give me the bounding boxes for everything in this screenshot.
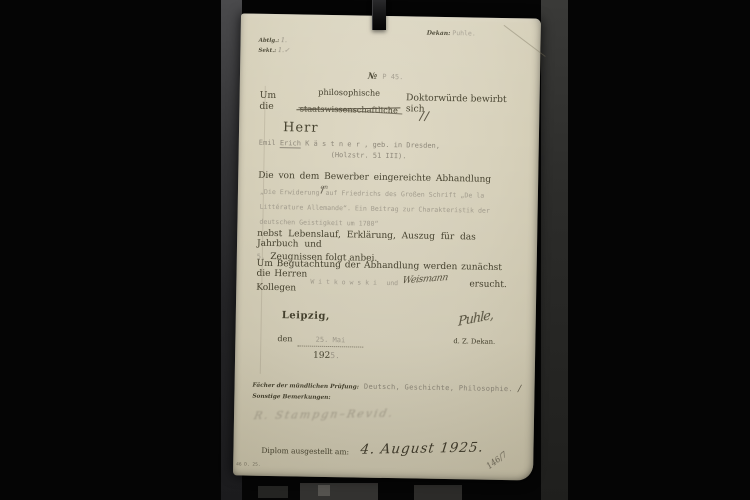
bottom-clamp <box>300 483 378 500</box>
year-typed: 5. <box>330 351 340 360</box>
sekt-label: Sekt.: <box>258 48 276 54</box>
pencil-note-illegible: R. Stampgn–Revid. <box>253 406 466 423</box>
den-label: den <box>277 334 292 343</box>
remarks-label: Sonstige Bemerkungen: <box>252 394 330 401</box>
dekan-label: Dekan: <box>427 30 451 37</box>
corner-pencil-note: 146/7 <box>485 450 509 471</box>
candidate-address: (Holzstr. 51 III). <box>299 150 439 160</box>
dean-signature: Puhle, <box>458 308 493 330</box>
document-page: Abtlg.: 1. Sekt.: 1.✓ Dekan: Puhle. № P … <box>233 13 541 480</box>
conjunction-und: und <box>386 279 398 287</box>
thesis-intro: Die von dem Bewerber eingereichte Abhand… <box>258 171 516 186</box>
candidate-surname-and-birth: K ä s t n e r , geb. in Dresden, <box>301 139 440 149</box>
handwritten-insertion: en <box>319 187 325 195</box>
salutation: Herr <box>283 120 319 136</box>
corner-fold-crease <box>504 25 546 57</box>
diploma-issued-label: Diplom ausgestellt am: <box>261 446 349 457</box>
faculty-struck: staatswissenschaftliche <box>300 103 398 115</box>
referee-typed: W i t k o w s k i <box>310 278 377 287</box>
candidate-first-name: Emil <box>259 139 276 147</box>
document-clamp <box>372 0 386 30</box>
diploma-date-handwritten: 4. August 1925. <box>359 440 484 458</box>
dean-signature-caption: d. Z. Dekan. <box>453 337 495 346</box>
number-value-typed: P 45. <box>382 73 403 81</box>
bottom-clamp-highlight <box>318 485 330 496</box>
exam-subjects-typed: Deutsch, Geschichte, Philosophie. <box>364 383 513 394</box>
review-suffix: ersucht. <box>469 279 507 290</box>
faculty-kept: philosophische <box>300 86 398 98</box>
dekan-name-typed: Puhle. <box>452 29 476 37</box>
checkmark-handwritten: / <box>518 384 521 394</box>
kollegen-label: Kollegen <box>256 283 296 294</box>
application-prefix: Um die <box>259 89 292 112</box>
number-label: № <box>368 72 377 82</box>
referee-handwritten: Weismann <box>402 272 449 286</box>
bottom-clamp <box>258 486 288 498</box>
abtlg-value: 1. <box>281 36 287 44</box>
abtlg-label: Abtlg.: <box>259 38 280 44</box>
table-edge-right <box>541 0 568 500</box>
year-printed: 192 <box>313 351 330 361</box>
photograph-of-document: Abtlg.: 1. Sekt.: 1.✓ Dekan: Puhle. № P … <box>0 0 750 500</box>
sekt-value: 1.✓ <box>278 46 290 54</box>
city-label: Leipzig, <box>282 310 330 322</box>
exam-subjects-label: Fächer der mündlichen Prüfung: <box>253 383 359 391</box>
bottom-clamp <box>414 485 462 500</box>
strike-marks <box>417 111 431 121</box>
candidate-middle-name-underlined: Erich <box>280 139 301 148</box>
printers-code: 46 D. 25. <box>236 462 260 467</box>
